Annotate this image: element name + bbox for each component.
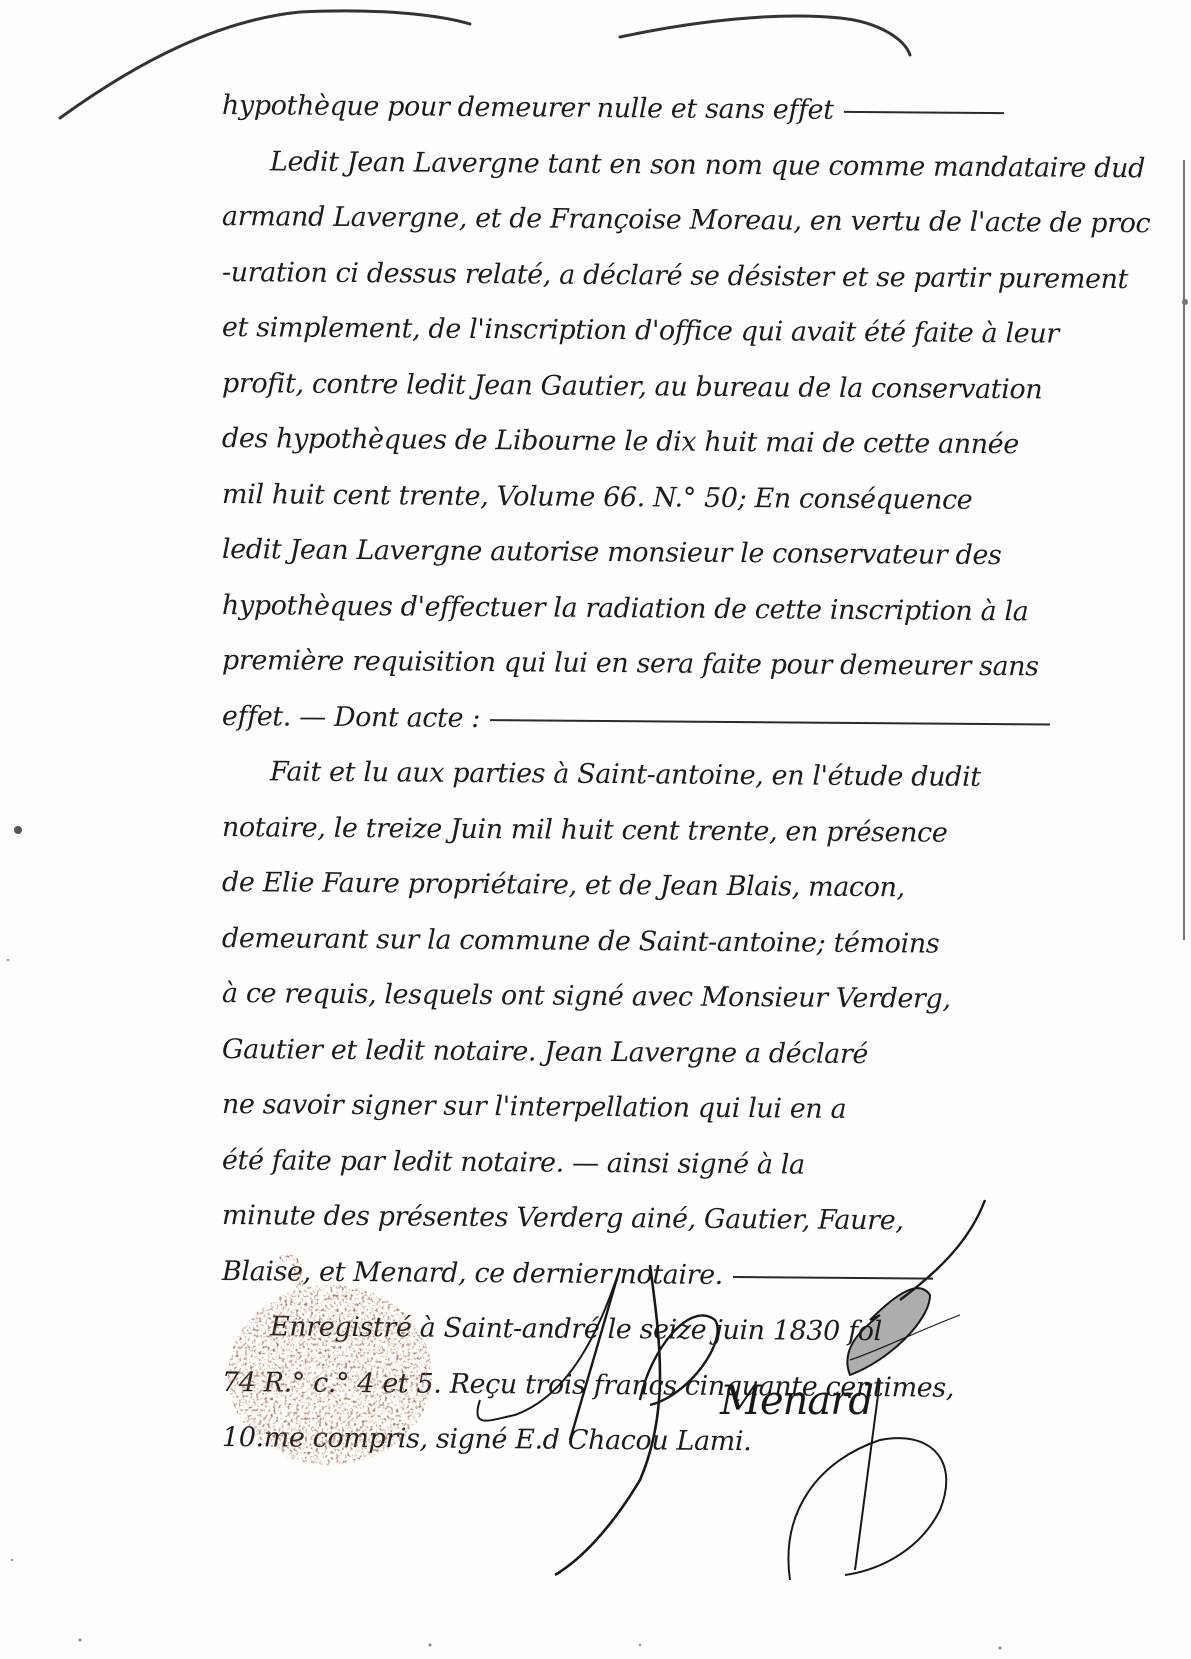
text-line-content: -uration ci dessus relaté, a déclaré se … [222, 257, 1128, 295]
text-line: Gautier et ledit notaire. Jean Lavergne … [222, 1022, 1172, 1085]
text-line-content: Gautier et ledit notaire. Jean Lavergne … [222, 1034, 868, 1070]
text-line-content: première requisition qui lui en sera fai… [222, 645, 1039, 682]
text-line: notaire, le treize Juin mil huit cent tr… [222, 800, 1172, 863]
text-line-content: armand Lavergne, et de Françoise Moreau,… [222, 201, 1150, 239]
text-line: -uration ci dessus relaté, a déclaré se … [222, 245, 1172, 308]
signature-name: Menard [720, 1378, 873, 1424]
text-line: mil huit cent trente, Volume 66. N.° 50;… [222, 467, 1172, 530]
text-line-content: hypothèque pour demeurer nulle et sans e… [222, 90, 834, 126]
text-line: des hypothèques de Libourne le dix huit … [222, 411, 1172, 474]
text-line-content: hypothèques d'effectuer la radiation de … [222, 590, 1029, 627]
text-line: armand Lavergne, et de Françoise Moreau,… [222, 189, 1172, 252]
text-line-content: ledit Jean Lavergne autorise monsieur le… [222, 534, 1002, 571]
text-line-content: profit, contre ledit Jean Gautier, au bu… [222, 368, 1042, 405]
text-line: effet. — Dont acte : [222, 689, 1172, 752]
text-line-content: de Elie Faure propriétaire, et de Jean B… [222, 867, 905, 903]
text-line: hypothèques d'effectuer la radiation de … [222, 578, 1172, 641]
text-line-content: à ce requis, lesquels ont signé avec Mon… [222, 978, 951, 1015]
text-line: hypothèque pour demeurer nulle et sans e… [222, 78, 1172, 141]
text-line-content: été faite par ledit notaire. — ainsi sig… [222, 1145, 805, 1181]
text-line-content: ne savoir signer sur l'interpellation qu… [222, 1089, 846, 1125]
page-edge-line [1183, 160, 1185, 940]
text-line: à ce requis, lesquels ont signé avec Mon… [222, 966, 1172, 1029]
text-line-content: Ledit Jean Lavergne tant en son nom que … [270, 146, 1145, 184]
text-line: Ledit Jean Lavergne tant en son nom que … [222, 134, 1172, 197]
text-line: demeurant sur la commune de Saint-antoin… [222, 911, 1172, 974]
document-page: hypothèque pour demeurer nulle et sans e… [0, 0, 1191, 1659]
text-line: et simplement, de l'inscription d'office… [222, 300, 1172, 363]
text-line-content: des hypothèques de Libourne le dix huit … [222, 423, 1019, 460]
line-filler-rule [844, 110, 1004, 113]
text-line: Fait et lu aux parties à Saint-antoine, … [222, 744, 1172, 807]
text-line: ledit Jean Lavergne autorise monsieur le… [222, 522, 1172, 585]
text-line-content: demeurant sur la commune de Saint-antoin… [222, 923, 940, 960]
registration-stamp [222, 1255, 440, 1470]
text-line-content: mil huit cent trente, Volume 66. N.° 50;… [222, 479, 973, 516]
text-line: ne savoir signer sur l'interpellation qu… [222, 1077, 1172, 1140]
text-line-content: notaire, le treize Juin mil huit cent tr… [222, 812, 948, 849]
line-filler-rule [490, 718, 1050, 724]
text-line: profit, contre ledit Jean Gautier, au bu… [222, 356, 1172, 419]
text-line-content: et simplement, de l'inscription d'office… [222, 312, 1059, 350]
text-line: première requisition qui lui en sera fai… [222, 633, 1172, 696]
text-line-content: Fait et lu aux parties à Saint-antoine, … [270, 756, 981, 793]
text-line-content: effet. — Dont acte : [222, 701, 480, 734]
text-line: de Elie Faure propriétaire, et de Jean B… [222, 855, 1172, 918]
